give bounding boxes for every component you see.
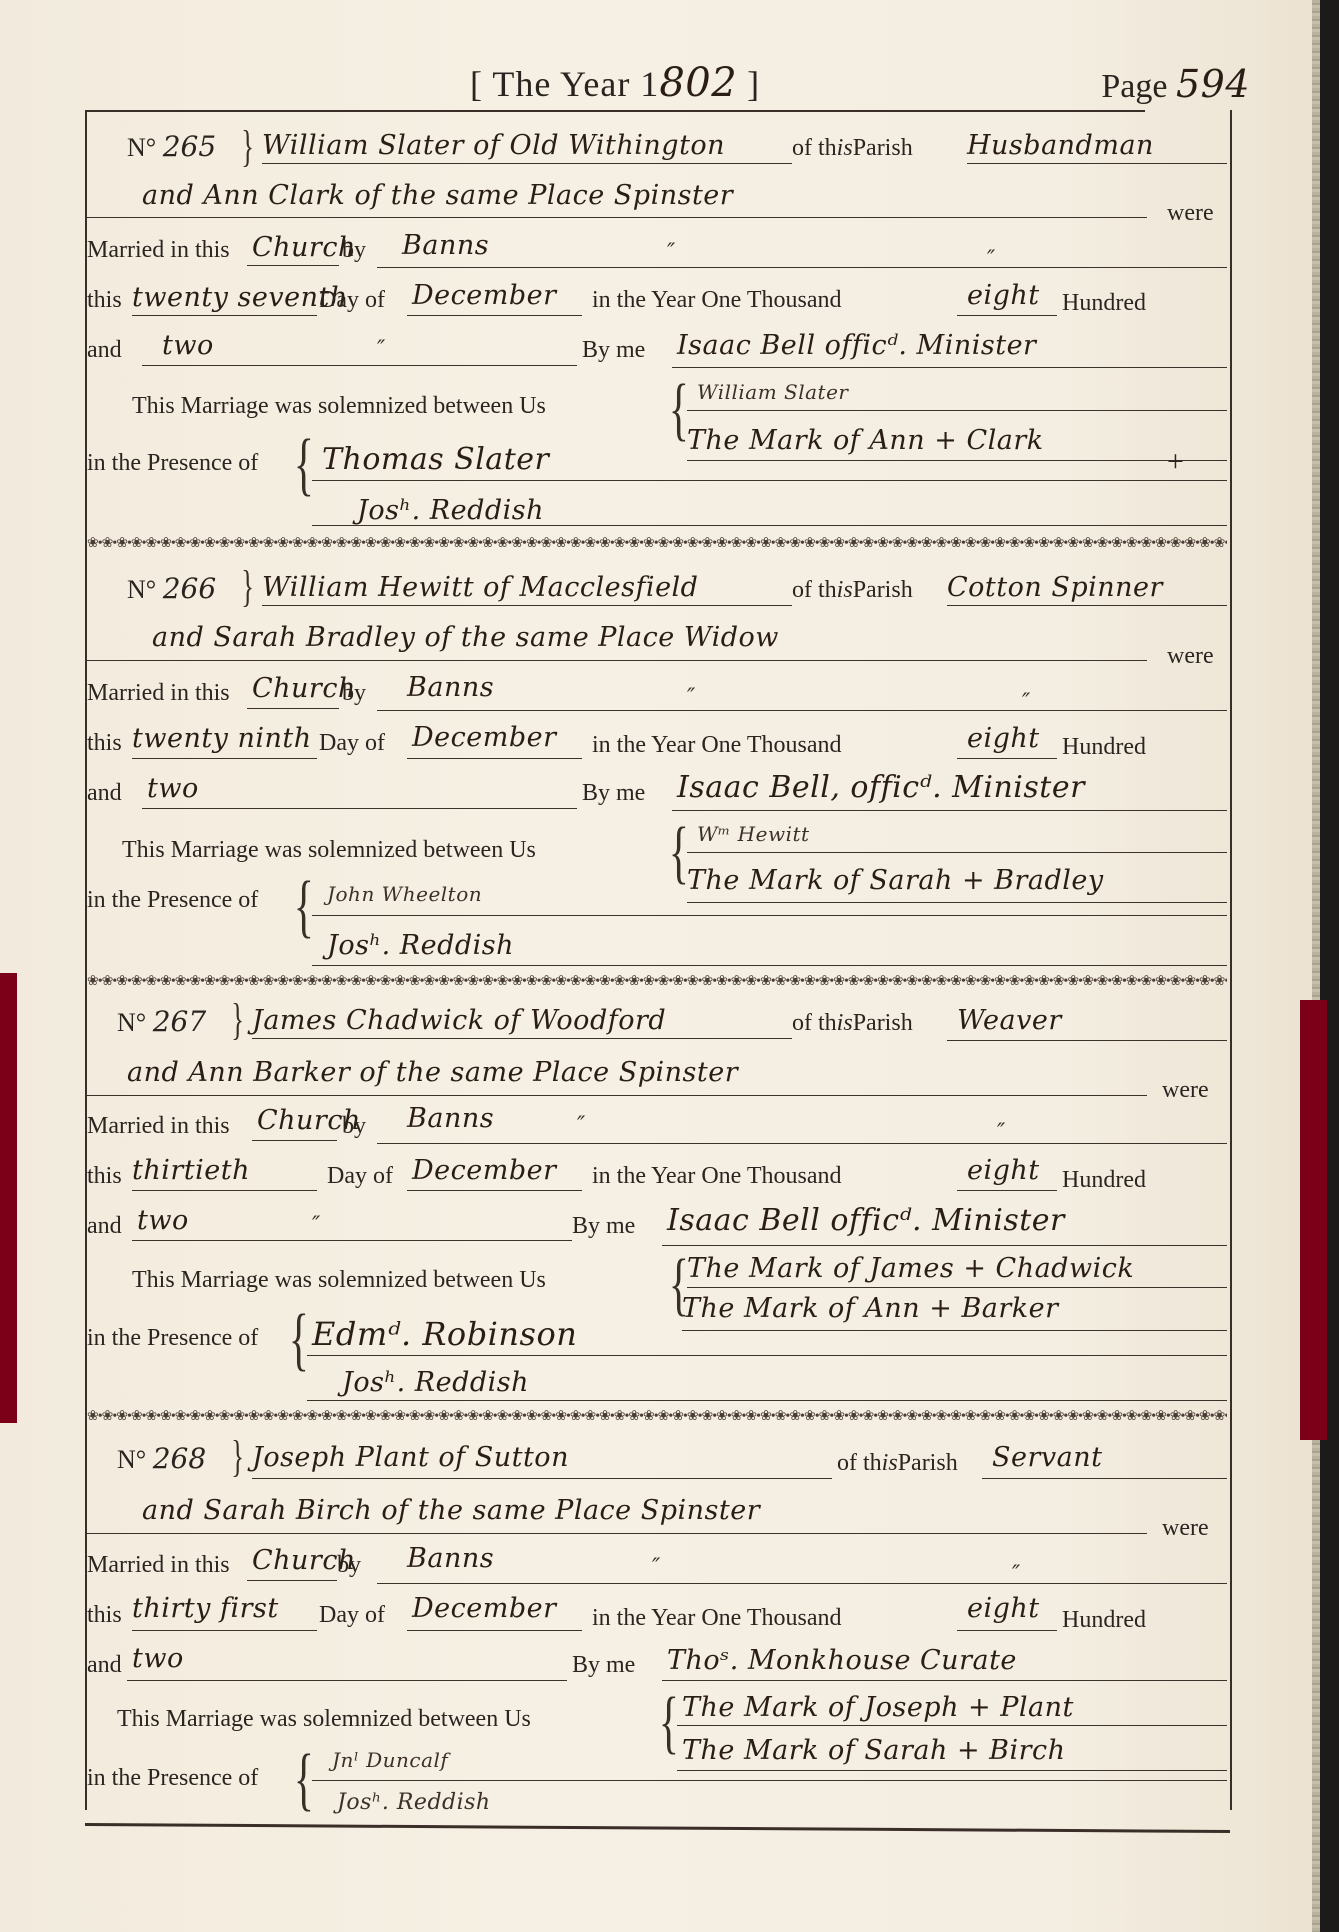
marriage-method: Banns [407, 672, 494, 703]
married-label: Married in this [87, 1113, 230, 1140]
and-label: and [87, 1652, 122, 1679]
marriage-entry: N° 267 } James Chadwick of Woodford of t… [87, 995, 1227, 1415]
and-label: and [87, 1213, 122, 1240]
this-label: this [87, 1602, 122, 1629]
presence-label: in the Presence of [87, 1325, 258, 1352]
solemnized-label: This Marriage was solemnized between Us [132, 1267, 546, 1294]
marriage-entry: N° 265 } William Slater of Old Withingto… [87, 125, 1227, 545]
presence-label: in the Presence of [87, 450, 258, 477]
year-word: two [132, 1643, 184, 1674]
page-header: [ The Year 1802 ] Page 594 [470, 50, 1250, 110]
entry-number: N° 265 [127, 130, 216, 163]
parish-label: of thisParish [792, 577, 913, 604]
marriage-day: thirty first [132, 1593, 279, 1624]
page-edge [1312, 0, 1320, 1932]
day-of-label: Day of [327, 1163, 393, 1190]
solemnized-label: This Marriage was solemnized between Us [117, 1706, 531, 1733]
marriage-day: thirtieth [132, 1155, 250, 1186]
marriage-method: Banns [407, 1543, 494, 1574]
year-label: in the Year One Thousand [592, 1163, 842, 1190]
officiant: Isaac Bell officᵈ. Minister [677, 330, 1036, 361]
marriage-entry: N° 266 } William Hewitt of Macclesfield … [87, 560, 1227, 980]
and-label: and [87, 337, 122, 364]
bride-line: and Sarah Bradley of the same Place Wido… [152, 622, 779, 653]
brace: } [241, 565, 254, 609]
right-redaction-bar [1300, 1000, 1327, 1440]
signature-bride: The Mark of Ann + Barker [682, 1293, 1059, 1324]
marriage-method: Banns [402, 230, 489, 261]
signature-bride: The Mark of Ann + Clark [687, 425, 1044, 456]
parish-label: of thisParish [837, 1450, 958, 1477]
presence-label: in the Presence of [87, 887, 258, 914]
year-label: in the Year One Thousand [592, 732, 842, 759]
brace: } [231, 998, 244, 1042]
this-label: this [87, 287, 122, 314]
year-word: two [147, 773, 199, 804]
year-word: two [162, 330, 214, 361]
officiant: Thoˢ. Monkhouse Curate [667, 1645, 1017, 1676]
married-label: Married in this [87, 237, 230, 264]
book-binding-edge [1320, 0, 1339, 1932]
solemnized-label: This Marriage was solemnized between Us [132, 393, 546, 420]
groom-condition: Weaver [957, 1005, 1062, 1036]
hundred-label: Hundred [1062, 1167, 1146, 1194]
officiant: Isaac Bell, officᵈ. Minister [677, 770, 1085, 805]
day-of-label: Day of [319, 730, 385, 757]
witness-1: Edmᵈ. Robinson [312, 1315, 577, 1353]
marriage-day: twenty ninth [132, 723, 312, 754]
marriage-method: Banns [407, 1103, 494, 1134]
this-label: this [87, 1163, 122, 1190]
by-me-label: By me [572, 1652, 635, 1679]
signature-bride: The Mark of Sarah + Birch [682, 1735, 1066, 1766]
witness-2: Josʰ. Reddish [337, 1790, 491, 1815]
page-label: Page [1101, 68, 1167, 105]
were-label: were [1162, 1077, 1209, 1104]
were-label: were [1167, 643, 1214, 670]
entry-number: N° 268 [117, 1442, 206, 1475]
by-label: by [342, 680, 366, 707]
signature-groom: The Mark of Joseph + Plant [682, 1692, 1074, 1723]
and-label: and [87, 780, 122, 807]
this-label: this [87, 730, 122, 757]
year-handwritten: 802 [659, 60, 737, 106]
year-label: in the Year One Thousand [592, 287, 842, 314]
century-word: eight [967, 280, 1040, 311]
entry-number: N° 267 [117, 1005, 206, 1038]
parish-label: of thisParish [792, 135, 913, 162]
solemnized-label: This Marriage was solemnized between Us [122, 837, 536, 864]
witness-1: Thomas Slater [322, 442, 549, 477]
by-me-label: By me [582, 780, 645, 807]
were-label: were [1167, 200, 1214, 227]
married-label: Married in this [87, 680, 230, 707]
witness-2: Josʰ. Reddish [327, 930, 514, 961]
entry-divider-ornament: ❀•❀•❀•❀•❀•❀•❀•❀•❀•❀•❀•❀•❀•❀•❀•❀•❀•❀•❀•❀•… [87, 975, 1227, 989]
entry-divider-ornament: ❀•❀•❀•❀•❀•❀•❀•❀•❀•❀•❀•❀•❀•❀•❀•❀•❀•❀•❀•❀•… [87, 1410, 1227, 1424]
witness-1: John Wheelton [327, 882, 482, 906]
extra-cross-mark: + [1167, 445, 1184, 479]
witness-2: Josʰ. Reddish [357, 495, 544, 526]
signature-bride: The Mark of Sarah + Bradley [687, 865, 1104, 896]
groom-condition: Cotton Spinner [947, 572, 1163, 603]
groom-name: James Chadwick of Woodford [252, 1005, 666, 1036]
brace: } [231, 1435, 244, 1479]
hundred-label: Hundred [1062, 734, 1146, 761]
marriage-place: Church [252, 673, 356, 704]
parish-label: of thisParish [792, 1010, 913, 1037]
page-number-value: 594 [1176, 62, 1250, 106]
entry-number: N° 266 [127, 572, 216, 605]
groom-condition: Servant [992, 1442, 1102, 1473]
bride-line: and Ann Clark of the same Place Spinster [142, 180, 733, 211]
officiant: Isaac Bell officᵈ. Minister [667, 1203, 1065, 1238]
groom-name: William Slater of Old Withington [262, 130, 725, 161]
marriage-place: Church [252, 232, 356, 263]
entry-divider-ornament: ❀•❀•❀•❀•❀•❀•❀•❀•❀•❀•❀•❀•❀•❀•❀•❀•❀•❀•❀•❀•… [87, 537, 1227, 551]
by-label: by [342, 237, 366, 264]
bride-line: and Ann Barker of the same Place Spinste… [127, 1057, 738, 1088]
married-label: Married in this [87, 1552, 230, 1579]
page-number: Page 594 [1101, 62, 1250, 106]
signature-groom: William Slater [697, 380, 849, 404]
marriage-month: December [412, 1155, 557, 1186]
century-word: eight [967, 723, 1040, 754]
marriage-entry: N° 268 } Joseph Plant of Sutton of thisP… [87, 1430, 1227, 1810]
year-word: two [137, 1205, 189, 1236]
bride-line: and Sarah Birch of the same Place Spinst… [142, 1495, 760, 1526]
day-of-label: Day of [319, 1602, 385, 1629]
by-me-label: By me [582, 337, 645, 364]
year-suffix: ] [747, 64, 760, 104]
brace: } [241, 125, 254, 169]
century-word: eight [967, 1155, 1040, 1186]
by-label: by [337, 1552, 361, 1579]
marriage-month: December [412, 1593, 557, 1624]
year-heading: [ The Year 1802 ] [470, 60, 760, 106]
groom-name: William Hewitt of Macclesfield [262, 572, 698, 603]
groom-name: Joseph Plant of Sutton [252, 1442, 569, 1473]
presence-label: in the Presence of [87, 1765, 258, 1792]
year-prefix: [ The Year 1 [470, 64, 659, 104]
marriage-day: twenty seventh [132, 282, 348, 313]
hundred-label: Hundred [1062, 290, 1146, 317]
marriage-month: December [412, 280, 557, 311]
year-label: in the Year One Thousand [592, 1605, 842, 1632]
groom-condition: Husbandman [967, 130, 1154, 161]
by-label: by [342, 1113, 366, 1140]
witness-2: Josʰ. Reddish [342, 1367, 529, 1398]
signature-groom: The Mark of James + Chadwick [687, 1253, 1134, 1284]
left-redaction-bar [0, 973, 17, 1423]
century-word: eight [967, 1593, 1040, 1624]
hundred-label: Hundred [1062, 1607, 1146, 1634]
were-label: were [1162, 1515, 1209, 1542]
marriage-month: December [412, 722, 557, 753]
day-of-label: Day of [319, 287, 385, 314]
signature-groom: Wᵐ Hewitt [697, 822, 810, 846]
by-me-label: By me [572, 1213, 635, 1240]
witness-1: Jnˡ Duncalf [332, 1748, 448, 1772]
